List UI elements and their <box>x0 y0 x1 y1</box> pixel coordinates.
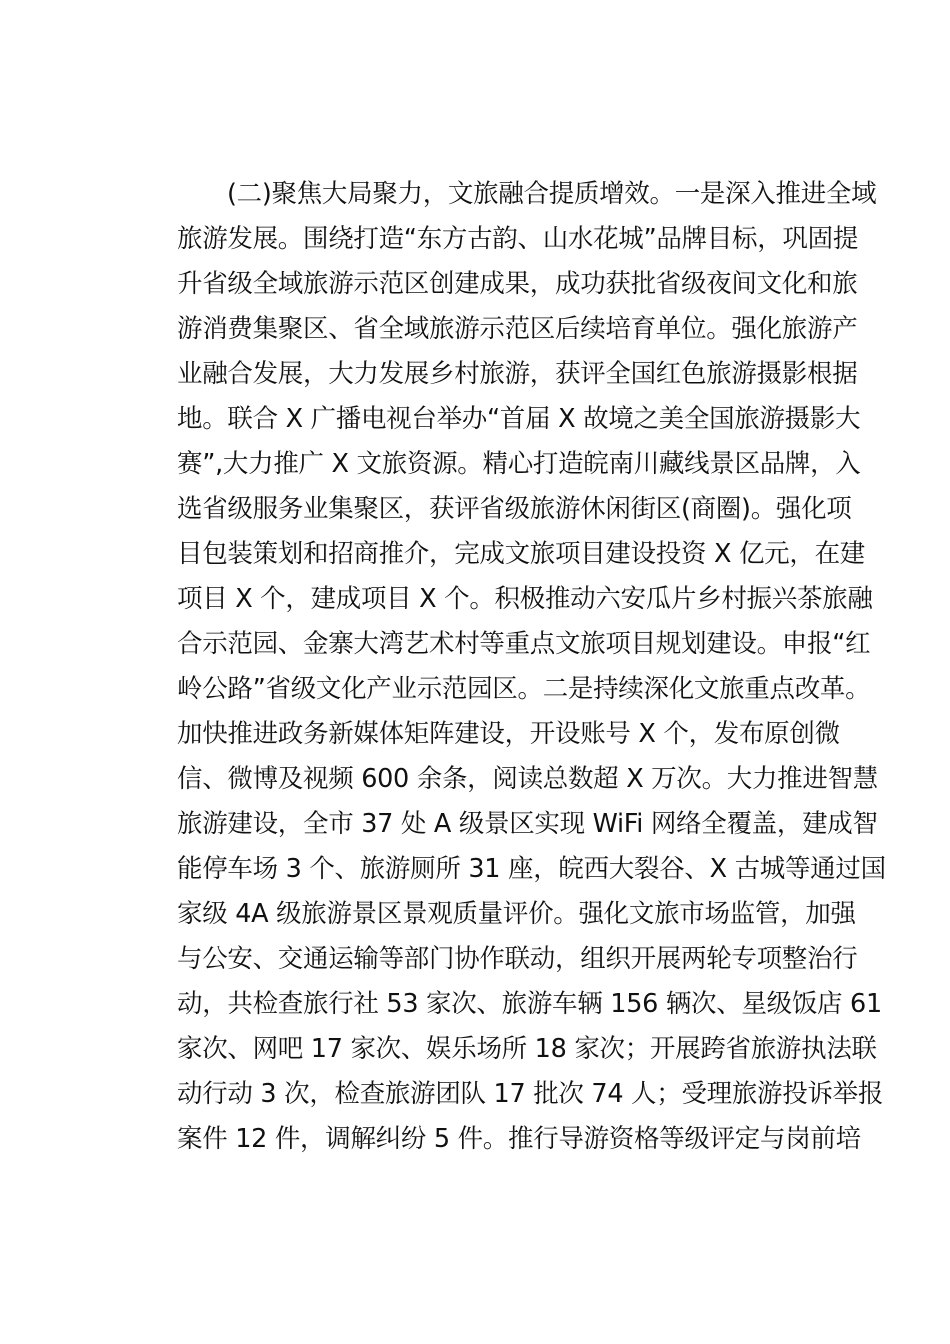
text-line: 合示范园、金寨大湾艺术村等重点文旅项目规划建设。申报“红 <box>127 622 833 667</box>
text-line: 赛”,大力推广 X 文旅资源。精心打造皖南川藏线景区品牌，入 <box>127 442 833 487</box>
text-line: 目包装策划和招商推介，完成文旅项目建设投资 X 亿元，在建 <box>127 532 833 577</box>
text-line: 业融合发展，大力发展乡村旅游，获评全国红色旅游摄影根据 <box>127 352 833 397</box>
document-page: (二)聚焦大局聚力，文旅融合提质增效。一是深入推进全域 旅游发展。围绕打造“东方… <box>127 172 833 1162</box>
text-line: 项目 X 个，建成项目 X 个。积极推动六安瓜片乡村振兴茶旅融 <box>127 577 833 622</box>
text-line: 案件 12 件，调解纠纷 5 件。推行导游资格等级评定与岗前培 <box>127 1117 833 1162</box>
text-line: (二)聚焦大局聚力，文旅融合提质增效。一是深入推进全域 <box>127 172 833 217</box>
text-line: 与公安、交通运输等部门协作联动，组织开展两轮专项整治行 <box>127 937 833 982</box>
text-line: 地。联合 X 广播电视台举办“首届 X 故境之美全国旅游摄影大 <box>127 397 833 442</box>
text-line: 岭公路”省级文化产业示范园区。二是持续深化文旅重点改革。 <box>127 667 833 712</box>
text-line: 动行动 3 次，检查旅游团队 17 批次 74 人；受理旅游投诉举报 <box>127 1072 833 1117</box>
text-line: 旅游发展。围绕打造“东方古韵、山水花城”品牌目标，巩固提 <box>127 217 833 262</box>
text-line: 动，共检查旅行社 53 家次、旅游车辆 156 辆次、星级饭店 61 <box>127 982 833 1027</box>
body-paragraph: (二)聚焦大局聚力，文旅融合提质增效。一是深入推进全域 旅游发展。围绕打造“东方… <box>127 172 833 1162</box>
text-line: 升省级全域旅游示范区创建成果，成功获批省级夜间文化和旅 <box>127 262 833 307</box>
text-line: 家次、网吧 17 家次、娱乐场所 18 家次；开展跨省旅游执法联 <box>127 1027 833 1072</box>
text-line: 信、微博及视频 600 余条，阅读总数超 X 万次。大力推进智慧 <box>127 757 833 802</box>
text-line: 能停车场 3 个、旅游厕所 31 座，皖西大裂谷、X 古城等通过国 <box>127 847 833 892</box>
text-line: 家级 4A 级旅游景区景观质量评价。强化文旅市场监管，加强 <box>127 892 833 937</box>
text-line: 加快推进政务新媒体矩阵建设，开设账号 X 个，发布原创微 <box>127 712 833 757</box>
text-line: 游消费集聚区、省全域旅游示范区后续培育单位。强化旅游产 <box>127 307 833 352</box>
text-line: 旅游建设，全市 37 处 A 级景区实现 WiFi 网络全覆盖，建成智 <box>127 802 833 847</box>
text-line: 选省级服务业集聚区，获评省级旅游休闲街区(商圈)。强化项 <box>127 487 833 532</box>
